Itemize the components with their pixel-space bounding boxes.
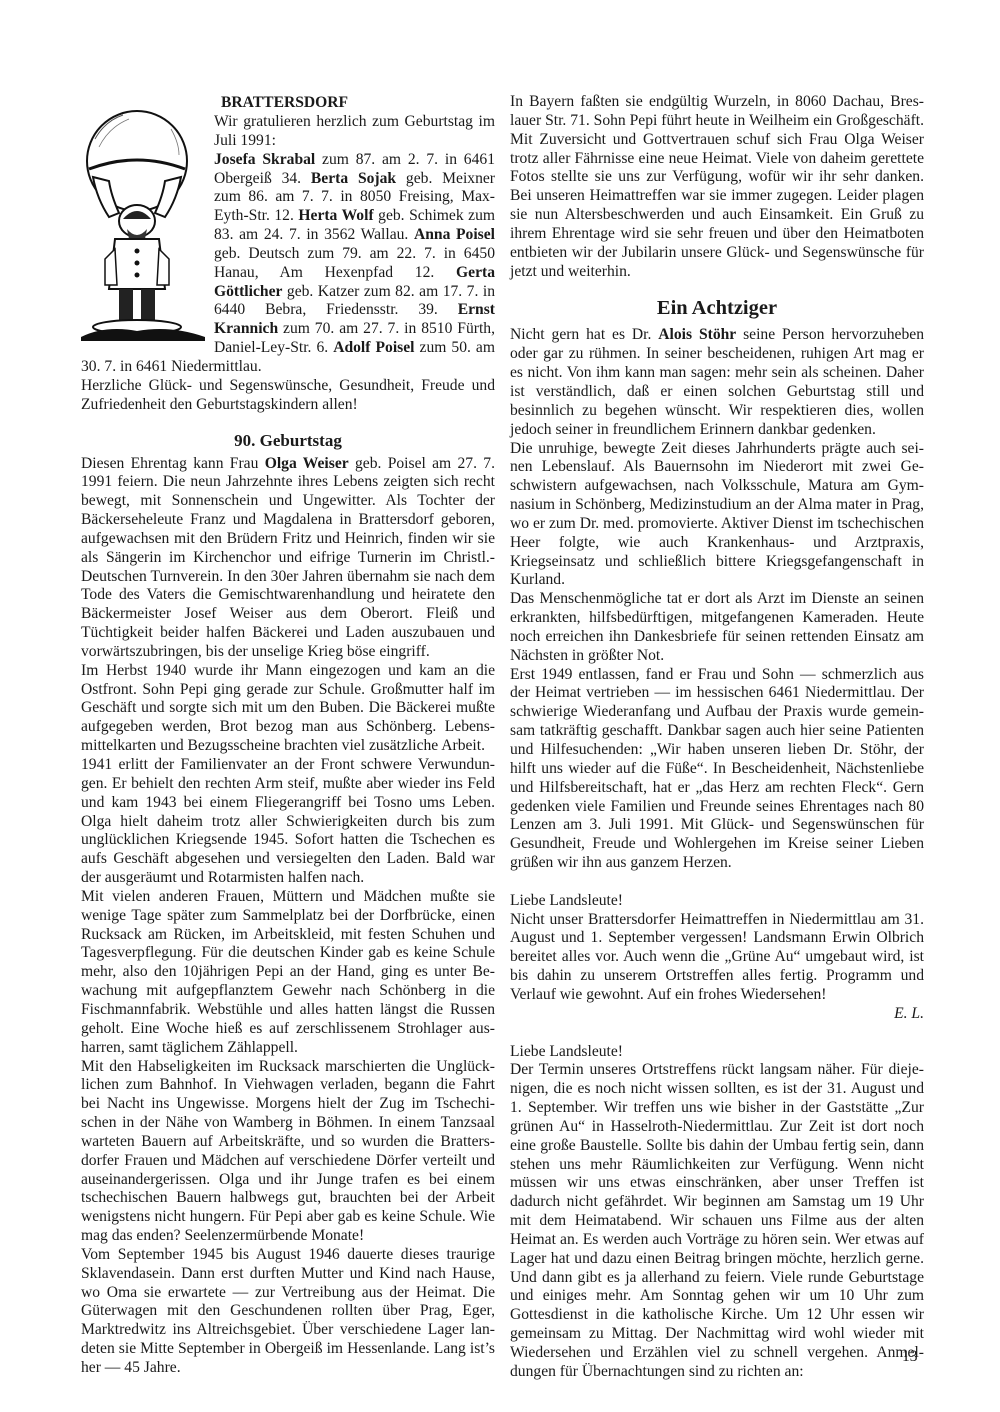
right-column: In Bayern faßten sie endgültig Wurzeln, … bbox=[510, 93, 924, 1382]
spacer bbox=[510, 1024, 924, 1043]
birthday-name: Herta Wolf bbox=[298, 207, 373, 224]
person-name: Olga Weiser bbox=[265, 455, 349, 472]
birthday-name: Berta Sojak bbox=[311, 170, 396, 187]
notice-body: Der Termin unseres Ortstreffens rückt la… bbox=[510, 1061, 924, 1381]
person-name: Alois Stöhr bbox=[658, 326, 736, 343]
spacer bbox=[510, 873, 924, 892]
paragraph: Mit den Habseligkeiten im Rucksack marsc… bbox=[81, 1058, 495, 1246]
paragraph: Nicht gern hat es Dr. Alois Stöhr seine … bbox=[510, 326, 924, 439]
text: Diesen Ehrentag kann Frau bbox=[81, 455, 265, 472]
paragraph: Das Menschenmögliche tat er dort als Arz… bbox=[510, 590, 924, 665]
paragraph: Vom September 1945 bis August 1946 dauer… bbox=[81, 1246, 495, 1378]
paragraph: Im Herbst 1940 wurde ihr Mann eingezogen… bbox=[81, 662, 495, 756]
birthday-list-section: Wir gratulieren herzlich zum Geburtstag … bbox=[81, 113, 495, 415]
text: geb. Poisel am 27. 7. 1991 feiern. Die n… bbox=[81, 455, 495, 660]
birthday-name: Anna Poisel bbox=[414, 226, 495, 243]
left-column: BRATTERSDORF bbox=[81, 93, 495, 1378]
section-heading-brattersdorf: BRATTERSDORF bbox=[221, 93, 495, 113]
birthday-closing: Herzliche Glück- und Segenswünsche, Gesu… bbox=[81, 377, 495, 415]
paragraph-continuation: In Bayern faßten sie endgültig Wurzeln, … bbox=[510, 93, 924, 281]
paragraph: Die unruhige, bewegte Zeit dieses Jahrhu… bbox=[510, 440, 924, 591]
atlas-figure-illustration-icon bbox=[75, 99, 210, 347]
salutation: Liebe Landsleute! bbox=[510, 892, 924, 911]
paragraph: Diesen Ehrentag kann Frau Olga Weiser ge… bbox=[81, 455, 495, 662]
paragraph: 1941 erlitt der Familienvater an der Fro… bbox=[81, 756, 495, 888]
salutation: Liebe Landsleute! bbox=[510, 1043, 924, 1062]
birthday-name: Josefa Skrabal bbox=[214, 151, 315, 168]
page-number: 13 bbox=[902, 1348, 918, 1366]
notice-body: Nicht unser Brattersdorfer Heimattreffen… bbox=[510, 911, 924, 1005]
signature: E. L. bbox=[510, 1005, 924, 1024]
section-heading-ein-achtziger: Ein Achtziger bbox=[510, 296, 924, 320]
birthday-name: Adolf Poisel bbox=[333, 339, 414, 356]
paragraph: Mit vielen anderen Frauen, Müttern und M… bbox=[81, 888, 495, 1058]
birthday-details: geb. Deutsch zum 79. am 22. 7. in 6450 H… bbox=[214, 245, 495, 281]
text: Nicht gern hat es Dr. bbox=[510, 326, 658, 343]
section-heading-90-geburtstag: 90. Geburtstag bbox=[81, 431, 495, 451]
paragraph: Erst 1949 entlassen, fand er Frau und So… bbox=[510, 666, 924, 873]
